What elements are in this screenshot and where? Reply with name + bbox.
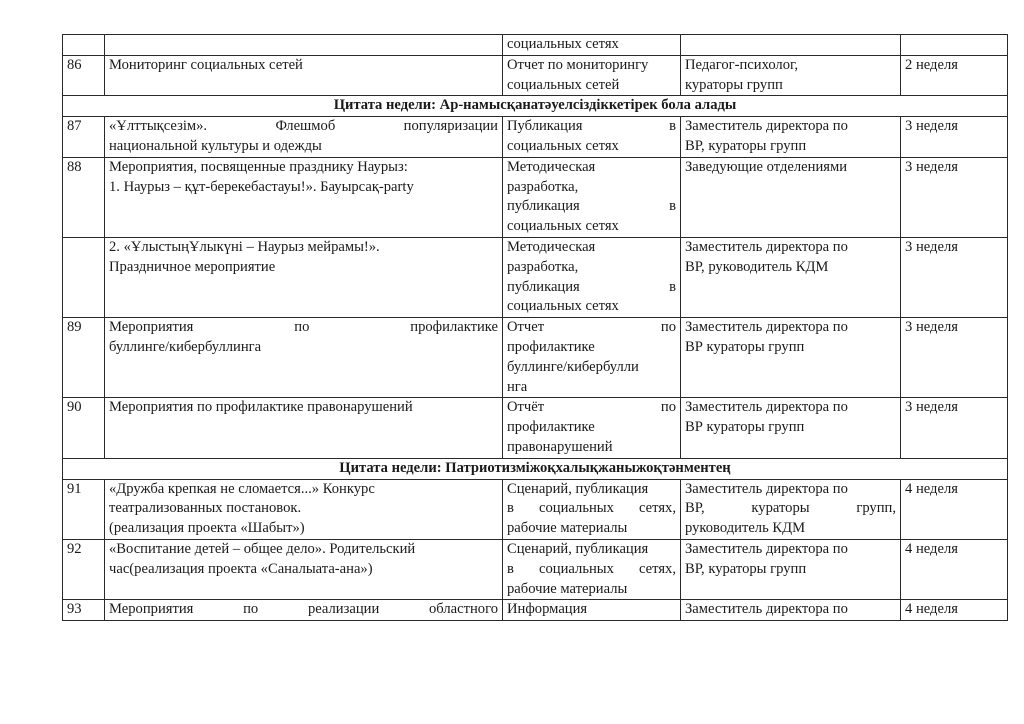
table-body: социальных сетях86Мониторинг социальных … <box>63 35 1008 621</box>
completion-form-cell: Методическаяразработка,публикация всоциа… <box>503 157 681 237</box>
event-cell: «Дружба крепкая не сломается...» Конкурс… <box>105 479 503 539</box>
completion-form-cell: Методическаяразработка,публикация всоциа… <box>503 237 681 317</box>
deadline-cell: 3 неделя <box>901 157 1008 237</box>
cell-line: 86 <box>67 56 100 76</box>
completion-form-cell: Сценарий, публикацияв социальных сетях,р… <box>503 539 681 599</box>
cell-line: 90 <box>67 398 100 418</box>
event-cell: Мероприятия, посвященные празднику Науры… <box>105 157 503 237</box>
row-number: 86 <box>63 55 105 96</box>
cell-line: социальных сетях <box>507 297 676 317</box>
cell-line: буллинге/кибербулли <box>507 358 676 378</box>
cell-line: Заместитель директора по <box>685 480 896 500</box>
cell-line: 93 <box>67 600 100 620</box>
cell-line: 4 неделя <box>905 480 1003 500</box>
cell-line: 4 неделя <box>905 600 1003 620</box>
cell-line: Праздничное мероприятие <box>109 258 498 278</box>
cell-line: Сценарий, публикация <box>507 480 676 500</box>
row-number: 88 <box>63 157 105 237</box>
cell-line: ВР, кураторы групп <box>685 137 896 157</box>
row-number: 93 <box>63 600 105 621</box>
cell-line: нга <box>507 378 676 398</box>
cell-line: 2 неделя <box>905 56 1003 76</box>
responsible-cell: Заместитель директора по <box>681 600 901 621</box>
cell-line: рабочие материалы <box>507 519 676 539</box>
completion-form-cell: социальных сетях <box>503 35 681 56</box>
event-cell: 2. «ҰлыстыңҰлыкүні – Наурыз мейрамы!».Пр… <box>105 237 503 317</box>
cell-line: ВР кураторы групп <box>685 418 896 438</box>
row-number: 89 <box>63 318 105 398</box>
responsible-cell: Педагог-психолог,кураторы групп <box>681 55 901 96</box>
cell-line: Отчет по <box>507 318 676 338</box>
cell-line: профилактике <box>507 418 676 438</box>
cell-line: Заместитель директора по <box>685 117 896 137</box>
cell-line: буллинге/кибербуллинга <box>109 338 498 358</box>
cell-line: социальных сетях <box>507 137 676 157</box>
table-row: 89Мероприятия по профилактикебуллинге/ки… <box>63 318 1008 398</box>
event-cell: «Воспитание детей – общее дело». Родител… <box>105 539 503 599</box>
cell-line: 87 <box>67 117 100 137</box>
cell-line: национальной культуры и одежды <box>109 137 498 157</box>
row-number: 87 <box>63 117 105 158</box>
completion-form-cell: Публикация всоциальных сетях <box>503 117 681 158</box>
cell-line: 2. «ҰлыстыңҰлыкүні – Наурыз мейрамы!». <box>109 238 498 258</box>
cell-line: 88 <box>67 158 100 178</box>
cell-line: Мероприятия по профилактике <box>109 318 498 338</box>
event-cell: Мероприятия по профилактикебуллинге/кибе… <box>105 318 503 398</box>
deadline-cell: 4 неделя <box>901 600 1008 621</box>
table-row: 2. «ҰлыстыңҰлыкүні – Наурыз мейрамы!».Пр… <box>63 237 1008 317</box>
cell-line: Мероприятия по профилактике правонарушен… <box>109 398 498 418</box>
cell-line: 92 <box>67 540 100 560</box>
deadline-cell: 3 неделя <box>901 117 1008 158</box>
completion-form-cell: Отчёт попрофилактикеправонарушений <box>503 398 681 458</box>
cell-line: ВР кураторы групп <box>685 338 896 358</box>
responsible-cell: Заместитель директора поВР, кураторы гру… <box>681 539 901 599</box>
deadline-cell: 3 неделя <box>901 318 1008 398</box>
responsible-cell: Заместитель директора поВР кураторы груп… <box>681 318 901 398</box>
cell-line: социальных сетях <box>507 35 676 55</box>
cell-line: 3 неделя <box>905 158 1003 178</box>
cell-line: театрализованных постановок. <box>109 499 498 519</box>
row-number <box>63 35 105 56</box>
cell-line: Мероприятия по реализации областного <box>109 600 498 620</box>
row-number: 92 <box>63 539 105 599</box>
deadline-cell: 3 неделя <box>901 237 1008 317</box>
deadline-cell: 3 неделя <box>901 398 1008 458</box>
cell-line: 1. Наурыз – құт-берекебастауы!». Бауырса… <box>109 178 498 198</box>
event-cell <box>105 35 503 56</box>
responsible-cell: Заместитель директора поВР, кураторы гру… <box>681 117 901 158</box>
cell-line: профилактике <box>507 338 676 358</box>
cell-line: ВР, кураторы групп <box>685 560 896 580</box>
cell-line: 3 неделя <box>905 117 1003 137</box>
table-row: 93Мероприятия по реализации областногоИн… <box>63 600 1008 621</box>
cell-line: публикация в <box>507 197 676 217</box>
cell-line: 3 неделя <box>905 238 1003 258</box>
cell-line: (реализация проекта «Шабыт») <box>109 519 498 539</box>
event-cell: Мероприятия по профилактике правонарушен… <box>105 398 503 458</box>
cell-line: рабочие материалы <box>507 580 676 600</box>
table-row: 91«Дружба крепкая не сломается...» Конку… <box>63 479 1008 539</box>
cell-line: «Ұлттықсезім». Флешмоб популяризации <box>109 117 498 137</box>
cell-line: Публикация в <box>507 117 676 137</box>
cell-line: час(реализация проекта «Саналыата-ана») <box>109 560 498 580</box>
event-cell: «Ұлттықсезім». Флешмоб популяризациинаци… <box>105 117 503 158</box>
responsible-cell: Заместитель директора поВР кураторы груп… <box>681 398 901 458</box>
cell-line: Мониторинг социальных сетей <box>109 56 498 76</box>
row-number: 91 <box>63 479 105 539</box>
cell-line: 3 неделя <box>905 318 1003 338</box>
cell-line: социальных сетях <box>507 217 676 237</box>
cell-line: публикация в <box>507 278 676 298</box>
responsible-cell: Заместитель директора поВР, руководитель… <box>681 237 901 317</box>
cell-line: «Дружба крепкая не сломается...» Конкурс <box>109 480 498 500</box>
row-number <box>63 237 105 317</box>
cell-line: Заведующие отделениями <box>685 158 896 178</box>
cell-line: Отчет по мониторингу <box>507 56 676 76</box>
cell-line: Заместитель директора по <box>685 238 896 258</box>
cell-line: 91 <box>67 480 100 500</box>
cell-line: в социальных сетях, <box>507 560 676 580</box>
table-row: социальных сетях <box>63 35 1008 56</box>
cell-line: социальных сетей <box>507 76 676 96</box>
event-cell: Мониторинг социальных сетей <box>105 55 503 96</box>
completion-form-cell: Сценарий, публикацияв социальных сетях,р… <box>503 479 681 539</box>
table-row: 88Мероприятия, посвященные празднику Нау… <box>63 157 1008 237</box>
cell-line: Мероприятия, посвященные празднику Науры… <box>109 158 498 178</box>
cell-line: разработка, <box>507 178 676 198</box>
cell-line: Методическая <box>507 238 676 258</box>
cell-line: разработка, <box>507 258 676 278</box>
cell-line: Сценарий, публикация <box>507 540 676 560</box>
completion-form-cell: Информация <box>503 600 681 621</box>
table-row: 90Мероприятия по профилактике правонаруш… <box>63 398 1008 458</box>
quote-of-week-row: Цитата недели: Патриотизміжоқхалықжаныжо… <box>63 458 1008 479</box>
cell-line: Методическая <box>507 158 676 178</box>
table-row: 87«Ұлттықсезім». Флешмоб популяризациина… <box>63 117 1008 158</box>
cell-line: 3 неделя <box>905 398 1003 418</box>
cell-line: Заместитель директора по <box>685 540 896 560</box>
cell-line: руководитель КДМ <box>685 519 896 539</box>
activity-plan-table: социальных сетях86Мониторинг социальных … <box>62 34 1008 621</box>
responsible-cell <box>681 35 901 56</box>
deadline-cell: 4 неделя <box>901 539 1008 599</box>
cell-line: Педагог-психолог, <box>685 56 896 76</box>
completion-form-cell: Отчет попрофилактикебуллинге/кибербуллин… <box>503 318 681 398</box>
cell-line: Отчёт по <box>507 398 676 418</box>
cell-line: кураторы групп <box>685 76 896 96</box>
cell-line: 89 <box>67 318 100 338</box>
responsible-cell: Заведующие отделениями <box>681 157 901 237</box>
cell-line: правонарушений <box>507 438 676 458</box>
event-cell: Мероприятия по реализации областного <box>105 600 503 621</box>
row-number: 90 <box>63 398 105 458</box>
quote-of-week: Цитата недели: Ар-намысқанатәуелсіздікке… <box>63 96 1008 117</box>
cell-line: Заместитель директора по <box>685 318 896 338</box>
cell-line: ВР, кураторы групп, <box>685 499 896 519</box>
table-row: 86Мониторинг социальных сетейОтчет по мо… <box>63 55 1008 96</box>
deadline-cell <box>901 35 1008 56</box>
table-row: 92«Воспитание детей – общее дело». Родит… <box>63 539 1008 599</box>
cell-line: ВР, руководитель КДМ <box>685 258 896 278</box>
completion-form-cell: Отчет по мониторингусоциальных сетей <box>503 55 681 96</box>
cell-line: «Воспитание детей – общее дело». Родител… <box>109 540 498 560</box>
cell-line: 4 неделя <box>905 540 1003 560</box>
deadline-cell: 2 неделя <box>901 55 1008 96</box>
responsible-cell: Заместитель директора поВР, кураторы гру… <box>681 479 901 539</box>
cell-line: Заместитель директора по <box>685 398 896 418</box>
cell-line: Заместитель директора по <box>685 600 896 620</box>
cell-line: Информация <box>507 600 676 620</box>
deadline-cell: 4 неделя <box>901 479 1008 539</box>
quote-of-week-row: Цитата недели: Ар-намысқанатәуелсіздікке… <box>63 96 1008 117</box>
quote-of-week: Цитата недели: Патриотизміжоқхалықжаныжо… <box>63 458 1008 479</box>
cell-line: в социальных сетях, <box>507 499 676 519</box>
